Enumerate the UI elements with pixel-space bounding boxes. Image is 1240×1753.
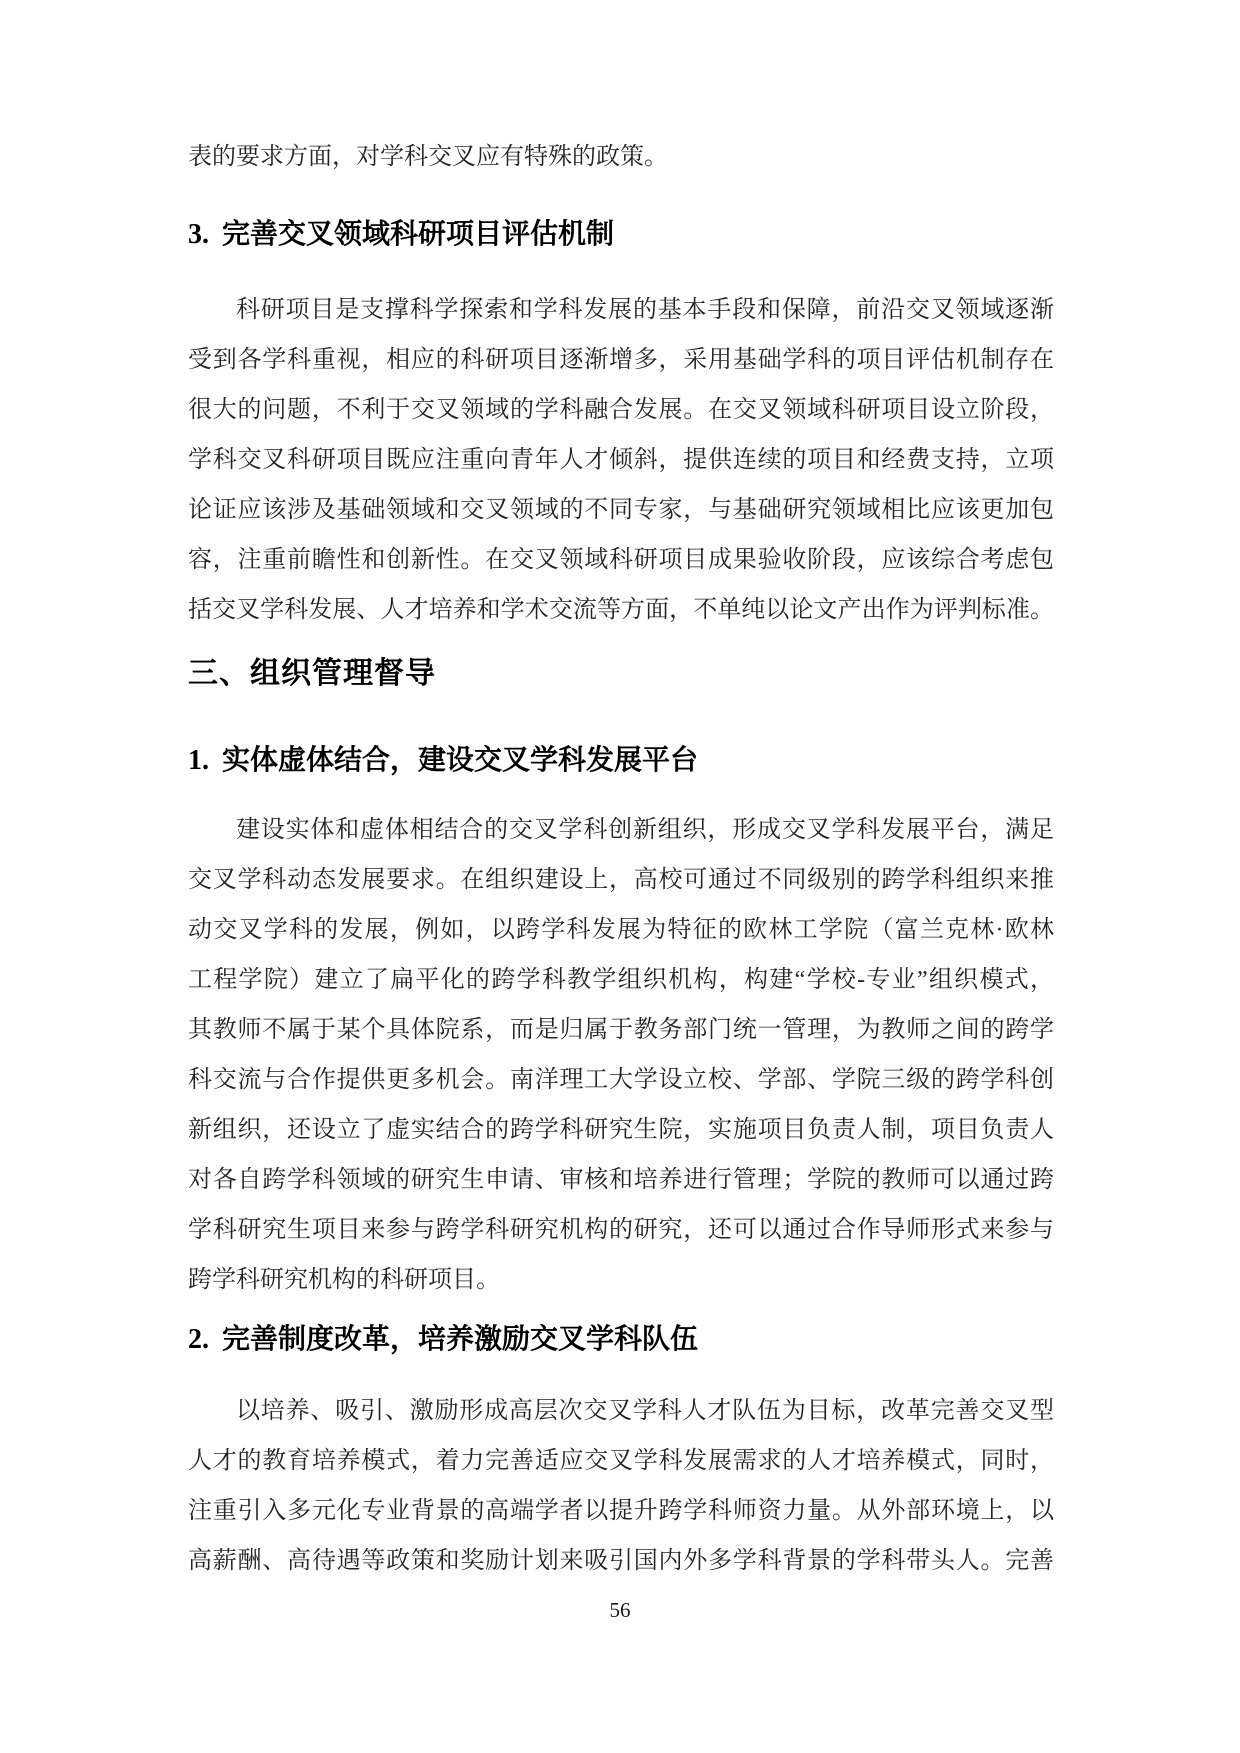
paragraph-line: 跨学科研究机构的科研项目。 <box>188 1255 1054 1305</box>
page-number: 56 <box>0 1598 1240 1622</box>
paragraph-line: 动交叉学科的发展，例如，以跨学科发展为特征的欧林工学院（富兰克林·欧林 <box>188 905 1054 955</box>
paragraph-platform: 建设实体和虚体相结合的交叉学科创新组织，形成交叉学科发展平台，满足交叉学科动态发… <box>188 805 1054 1305</box>
paragraph-line: 论证应该涉及基础领域和交叉领域的不同专家，与基础研究领域相比应该更加包 <box>188 485 1054 535</box>
heading-3: 3.完善交叉领域科研项目评估机制 <box>188 214 1054 255</box>
paragraph-line: 建设实体和虚体相结合的交叉学科创新组织，形成交叉学科发展平台，满足 <box>188 805 1054 855</box>
paragraph-talent-team: 以培养、吸引、激励形成高层次交叉学科人才队伍为目标，改革完善交叉型人才的教育培养… <box>188 1386 1054 1586</box>
paragraph-line: 学科研究生项目来参与跨学科研究机构的研究，还可以通过合作导师形式来参与 <box>188 1205 1054 1255</box>
heading-number: 3. <box>188 219 209 250</box>
paragraph-line: 对各自跨学科领域的研究生申请、审核和培养进行管理；学院的教师可以通过跨 <box>188 1155 1054 1205</box>
paragraph-line: 受到各学科重视，相应的科研项目逐渐增多，采用基础学科的项目评估机制存在 <box>188 335 1054 385</box>
heading-number: 1. <box>188 745 209 776</box>
paragraph-line: 人才的教育培养模式，着力完善适应交叉学科发展需求的人才培养模式，同时， <box>188 1436 1054 1486</box>
heading-1: 1.实体虚体结合，建设交叉学科发展平台 <box>188 740 1054 781</box>
paragraph-research-projects: 科研项目是支撑科学探索和学科发展的基本手段和保障，前沿交叉领域逐渐受到各学科重视… <box>188 285 1054 635</box>
paragraph-line: 学科交叉科研项目既应注重向青年人才倾斜，提供连续的项目和经费支持，立项 <box>188 435 1054 485</box>
paragraph-line: 容，注重前瞻性和创新性。在交叉领域科研项目成果验收阶段，应该综合考虑包 <box>188 535 1054 585</box>
heading-text: 完善制度改革，培养激励交叉学科队伍 <box>222 1323 698 1354</box>
heading-text: 实体虚体结合，建设交叉学科发展平台 <box>222 744 698 775</box>
paragraph-line: 科研项目是支撑科学探索和学科发展的基本手段和保障，前沿交叉领域逐渐 <box>188 285 1054 335</box>
paragraph-line: 其教师不属于某个具体院系，而是归属于教务部门统一管理，为教师之间的跨学 <box>188 1005 1054 1055</box>
paragraph-line: 高薪酬、高待遇等政策和奖励计划来吸引国内外多学科背景的学科带头人。完善 <box>188 1536 1054 1586</box>
paragraph-line: 交叉学科动态发展要求。在组织建设上，高校可通过不同级别的跨学科组织来推 <box>188 855 1054 905</box>
paragraph-line: 以培养、吸引、激励形成高层次交叉学科人才队伍为目标，改革完善交叉型 <box>188 1386 1054 1436</box>
heading-number: 2. <box>188 1324 209 1355</box>
paragraph-line: 括交叉学科发展、人才培养和学术交流等方面，不单纯以论文产出作为评判标准。 <box>188 585 1054 635</box>
paragraph-continuation: 表的要求方面，对学科交叉应有特殊的政策。 <box>188 132 1054 182</box>
paragraph-line: 很大的问题，不利于交叉领域的学科融合发展。在交叉领域科研项目设立阶段， <box>188 385 1054 435</box>
paragraph-line: 注重引入多元化专业背景的高端学者以提升跨学科师资力量。从外部环境上，以 <box>188 1486 1054 1536</box>
paragraph-line: 工程学院）建立了扁平化的跨学科教学组织机构，构建“学校-专业”组织模式， <box>188 955 1054 1005</box>
paragraph-line: 新组织，还设立了虚实结合的跨学科研究生院，实施项目负责人制，项目负责人 <box>188 1105 1054 1155</box>
document-page: 表的要求方面，对学科交叉应有特殊的政策。3.完善交叉领域科研项目评估机制科研项目… <box>0 0 1240 1753</box>
content: 表的要求方面，对学科交叉应有特殊的政策。3.完善交叉领域科研项目评估机制科研项目… <box>188 0 1054 1586</box>
heading-section-3: 三、组织管理督导 <box>188 652 1054 696</box>
heading-text: 完善交叉领域科研项目评估机制 <box>222 218 614 249</box>
heading-2: 2.完善制度改革，培养激励交叉学科队伍 <box>188 1319 1054 1360</box>
paragraph-line: 表的要求方面，对学科交叉应有特殊的政策。 <box>188 132 1054 182</box>
paragraph-line: 科交流与合作提供更多机会。南洋理工大学设立校、学部、学院三级的跨学科创 <box>188 1055 1054 1105</box>
